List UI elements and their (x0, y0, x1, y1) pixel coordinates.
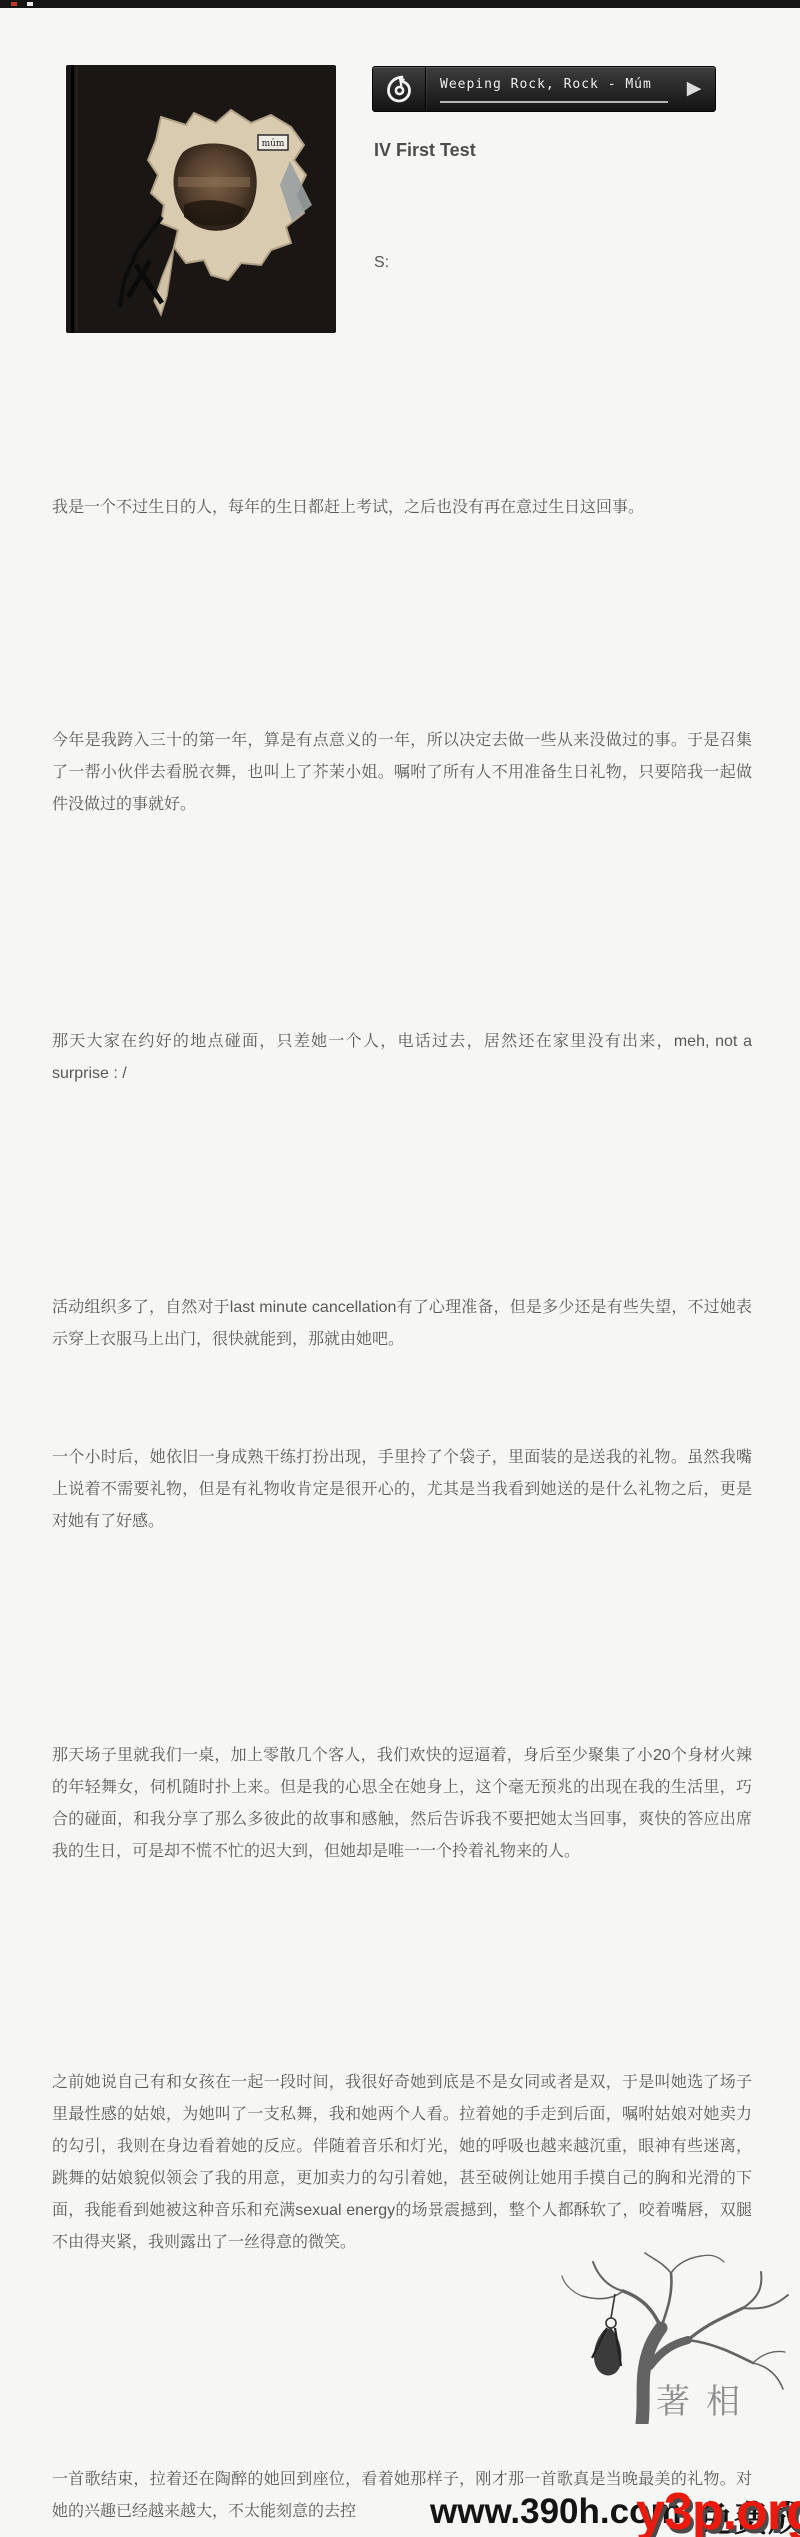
salutation-text: S: (374, 254, 389, 272)
album-cover-image: múm (66, 65, 336, 333)
paragraph: 活动组织多了，自然对于last minute cancellation有了心理准… (52, 1292, 752, 1356)
watermark-overlay-url: y3p.org (636, 2482, 800, 2537)
paragraph: 那天大家在约好的地点碰面，只差她一个人，电话过去，居然还在家里没有出来，meh,… (52, 1026, 752, 1090)
seal-signature: 著相 (656, 2374, 756, 2423)
album-label: múm (262, 138, 285, 149)
netease-cloud-music-icon (373, 67, 426, 111)
hanging-figure (592, 2294, 621, 2375)
player-track-area: Weeping Rock, Rock - Múm (426, 67, 673, 111)
music-player[interactable]: Weeping Rock, Rock - Múm ▶ (372, 66, 716, 112)
post-title: IV First Test (374, 140, 476, 161)
top-left-red-dot (11, 2, 17, 6)
play-button[interactable]: ▶ (673, 67, 715, 111)
progress-bar[interactable] (440, 101, 668, 103)
track-title: Weeping Rock, Rock - Múm (440, 77, 665, 92)
paragraph: 一个小时后，她依旧一身成熟干练打扮出现，手里拎了个袋子，里面装的是送我的礼物。虽… (52, 1442, 752, 1538)
top-left-white-dot (27, 2, 33, 6)
paragraph: 之前她说自己有和女孩在一起一段时间，我很好奇她到底是不是女同或者是双，于是叫她选… (52, 2067, 752, 2259)
blog-page: múm Weeping Rock, Rock - Múm ▶ IV First … (0, 0, 800, 2537)
torn-book-cover-art: múm (66, 65, 336, 333)
paragraph: 今年是我跨入三十的第一年，算是有点意义的一年，所以决定去做一些从来没做过的事。于… (52, 725, 752, 821)
paragraph: 我是一个不过生日的人，每年的生日都赶上考试，之后也没有再在意过生日这回事。 (52, 492, 752, 524)
paragraph: 那天场子里就我们一桌，加上零散几个客人，我们欢快的逗逼着，身后至少聚集了小20个… (52, 1740, 752, 1868)
top-bar (0, 0, 800, 8)
